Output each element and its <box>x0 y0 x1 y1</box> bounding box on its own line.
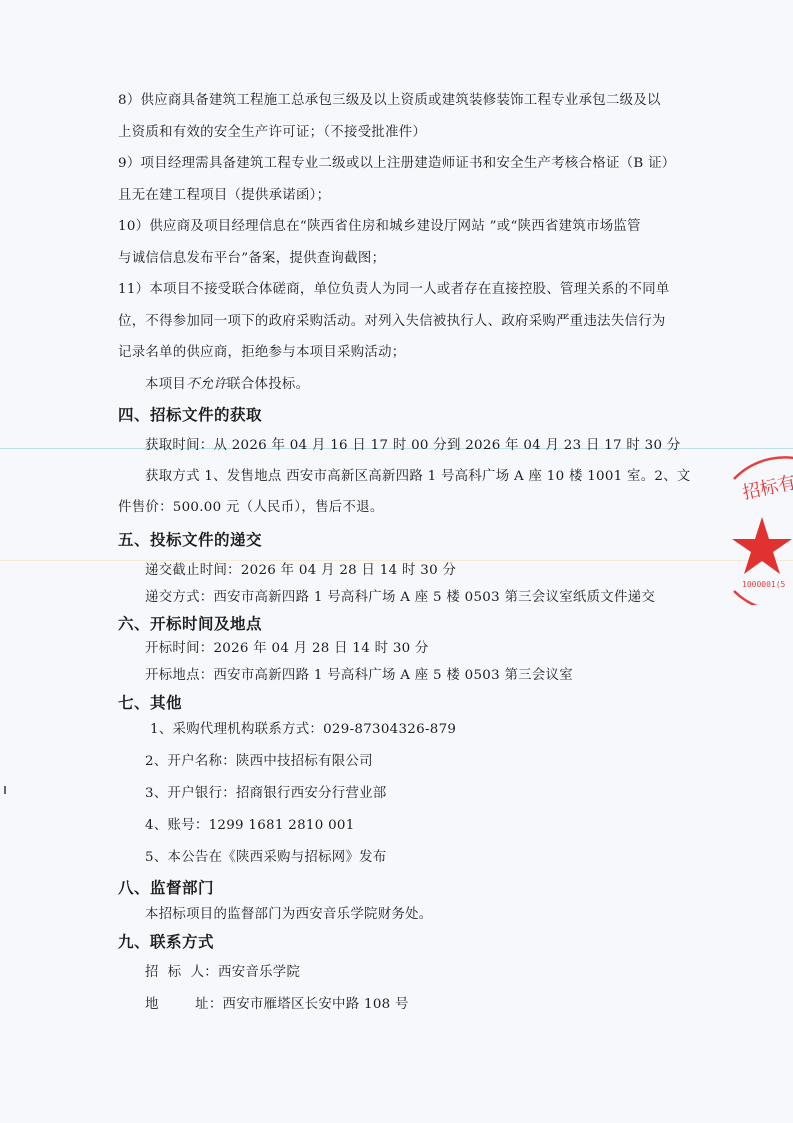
seal-icon: 招标有 1000001(5 <box>722 455 793 605</box>
section-4-heading: 四、招标文件的获取 <box>118 405 262 425</box>
section-6-heading: 六、开标时间及地点 <box>118 614 262 634</box>
consortium-statement: 本项目不允许联合体投标。 <box>145 376 309 394</box>
other-item-5: 5、本公告在《陕西采购与招标网》发布 <box>145 849 387 867</box>
address-line: 地 址：西安市雁塔区长安中路 108 号 <box>145 996 409 1014</box>
acquisition-method-line-1: 获取方式 1、发售地点 西安市高新区高新四路 1 号高科广场 A 座 10 楼 … <box>145 468 691 486</box>
svg-text:1000001(5: 1000001(5 <box>742 580 786 589</box>
other-item-1: 1、采购代理机构联系方式：029-87304326-879 <box>150 721 456 739</box>
submission-method: 递交方式：西安市高新四路 1 号高科广场 A 座 5 楼 0503 第三会议室纸… <box>145 589 655 607</box>
section-7-heading: 七、其他 <box>118 693 182 713</box>
requirement-8-line-2: 上资质和有效的安全生产许可证；（不接受批准件） <box>118 124 426 142</box>
opening-time: 开标时间：2026 年 04 月 28 日 14 时 30 分 <box>145 640 429 658</box>
official-seal-stamp: 招标有 1000001(5 <box>722 455 793 605</box>
consortium-emphasis: 不允许 <box>186 377 227 392</box>
tenderer-value: 西安音乐学院 <box>218 965 300 980</box>
other-item-4: 4、账号：1299 1681 2810 001 <box>145 817 355 835</box>
other-item-2: 2、开户名称：陕西中技招标有限公司 <box>145 753 373 771</box>
requirement-11-line-1: 11）本项目不接受联合体磋商，单位负责人为同一人或者存在直接控股、管理关系的不同… <box>118 281 670 299</box>
requirement-9-line-1: 9）项目经理需具备建筑工程专业二级或以上注册建造师证书和安全生产考核合格证（B … <box>118 155 675 173</box>
scan-edge-mark <box>4 786 6 794</box>
consortium-prefix: 本项目 <box>145 377 186 392</box>
section-9-heading: 九、联系方式 <box>118 932 214 952</box>
tenderer-line: 招 标 人：西安音乐学院 <box>145 964 300 982</box>
requirement-11-line-2: 位，不得参加同一项下的政府采购活动。对列入失信被执行人、政府采购严重违法失信行为 <box>118 313 666 331</box>
acquisition-method-line-2: 件售价：500.00 元（人民币），售后不退。 <box>118 499 384 517</box>
scan-artifact-line <box>0 560 793 561</box>
requirement-9-line-2: 且无在建工程项目（提供承诺函）； <box>118 187 330 205</box>
requirement-11-line-3: 记录名单的供应商，拒绝参与本项目采购活动； <box>118 344 406 362</box>
tenderer-label: 招 标 人： <box>145 965 218 980</box>
other-item-3: 3、开户银行：招商银行西安分行营业部 <box>145 785 387 803</box>
opening-place: 开标地点：西安市高新四路 1 号高科广场 A 座 5 楼 0503 第三会议室 <box>145 667 573 685</box>
submission-deadline: 递交截止时间：2026 年 04 月 28 日 14 时 30 分 <box>145 562 456 580</box>
section-5-heading: 五、投标文件的递交 <box>118 530 262 550</box>
address-label: 地 址： <box>145 997 223 1012</box>
document-page: 8）供应商具备建筑工程施工总承包三级及以上资质或建筑装修装饰工程专业承包二级及以… <box>0 0 793 1123</box>
address-value: 西安市雁塔区长安中路 108 号 <box>223 997 409 1012</box>
requirement-8-line-1: 8）供应商具备建筑工程施工总承包三级及以上资质或建筑装修装饰工程专业承包二级及以 <box>118 92 661 110</box>
requirement-10-line-1: 10）供应商及项目经理信息在“陕西省住房和城乡建设厅网站 ”或“陕西省建筑市场监… <box>118 218 641 236</box>
acquisition-time: 获取时间：从 2026 年 04 月 16 日 17 时 00 分到 2026 … <box>145 437 681 455</box>
requirement-10-line-2: 与诚信信息发布平台”备案，提供查询截图； <box>118 250 385 268</box>
consortium-suffix: 联合体投标。 <box>227 377 309 392</box>
supervision-text: 本招标项目的监督部门为西安音乐学院财务处。 <box>145 906 433 924</box>
section-8-heading: 八、监督部门 <box>118 878 214 898</box>
svg-text:招标有: 招标有 <box>741 472 793 504</box>
